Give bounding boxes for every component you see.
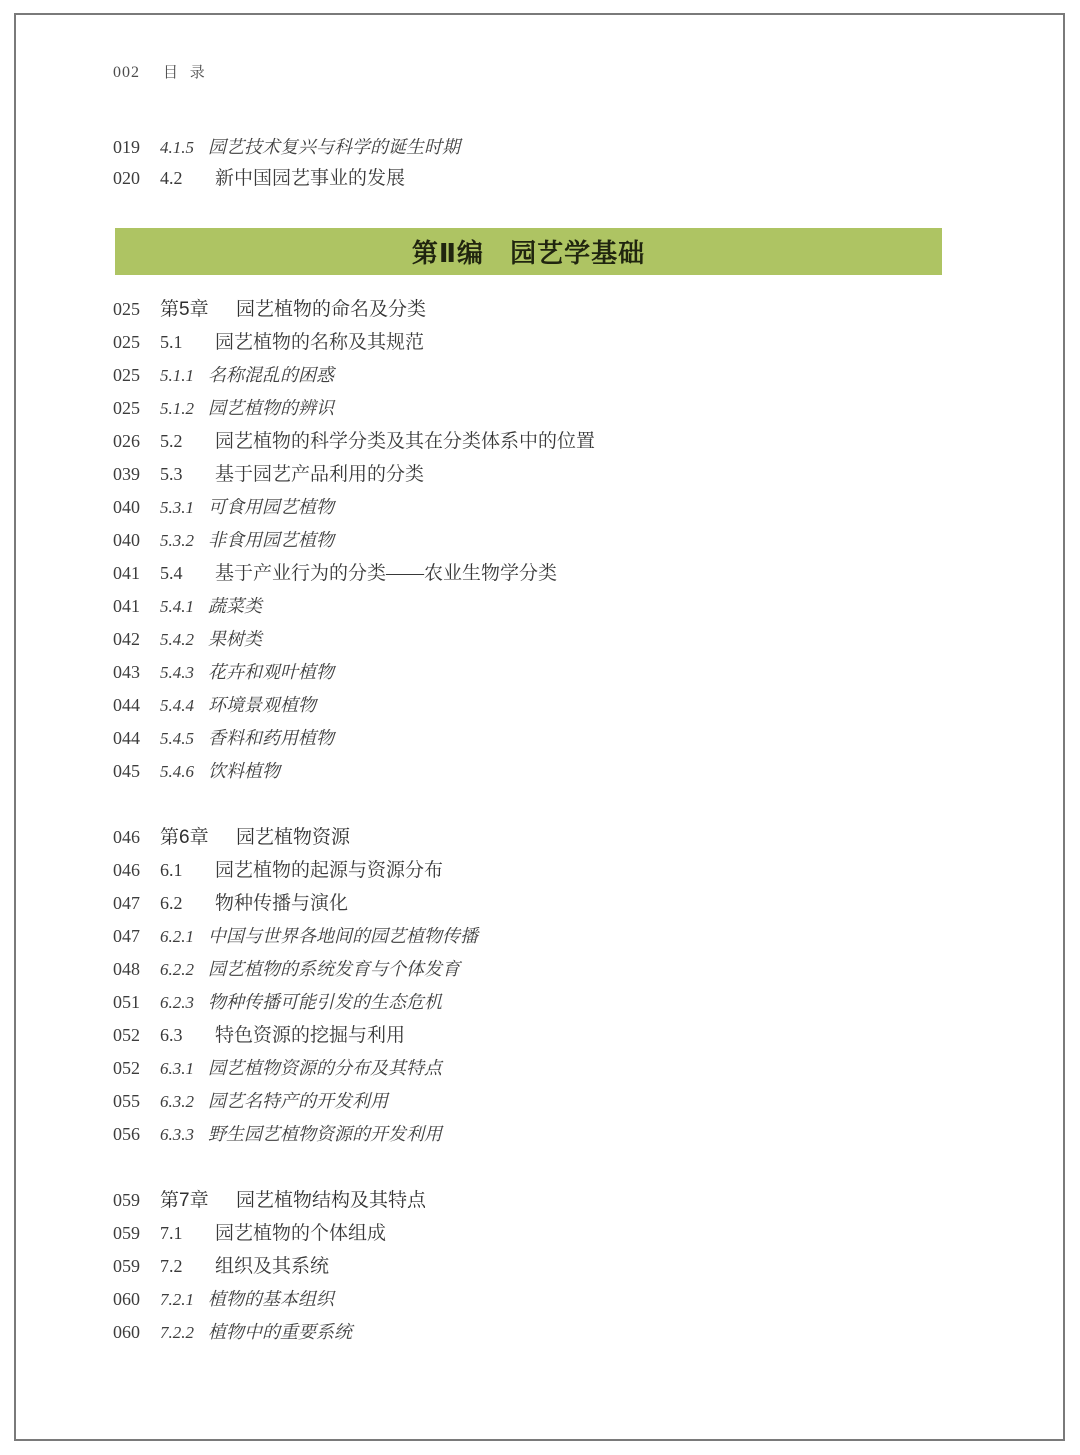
toc-entry-title: 饮料植物 (208, 761, 280, 781)
toc-entry-number: 第5章 (160, 293, 236, 326)
toc-entry-number: 5.4.2 (160, 623, 208, 656)
toc-entry-number: 6.1 (160, 854, 215, 887)
toc-entry-number: 6.3 (160, 1019, 215, 1052)
toc-entry: 0405.3.2非食用园艺植物 (113, 524, 595, 557)
toc-entry-number: 6.2.2 (160, 953, 208, 986)
toc-page-number: 019 (113, 132, 160, 163)
toc-page-number: 051 (113, 986, 160, 1019)
toc-entry-title: 组织及其系统 (215, 1256, 329, 1277)
toc-entry: 0566.3.3野生园艺植物资源的开发利用 (113, 1118, 595, 1151)
toc-entry-number: 5.4.1 (160, 590, 208, 623)
toc-entry-title: 园艺植物资源的分布及其特点 (208, 1058, 442, 1078)
toc-page-number: 052 (113, 1019, 160, 1052)
toc-entry-title: 基于产业行为的分类——农业生物学分类 (215, 563, 557, 584)
toc-list-main: 025第5章园艺植物的命名及分类 0255.1园艺植物的名称及其规范 0255.… (113, 293, 595, 1349)
toc-entry: 0607.2.2植物中的重要系统 (113, 1316, 595, 1349)
toc-entry-number: 5.1.1 (160, 359, 208, 392)
toc-page-number: 055 (113, 1085, 160, 1118)
document-page: { "page": { "background": "#ffffff", "bo… (0, 0, 1080, 1455)
toc-entry-title: 特色资源的挖掘与利用 (215, 1025, 405, 1046)
toc-entry-number: 6.3.1 (160, 1052, 208, 1085)
toc-entry: 0255.1.2园艺植物的辨识 (113, 392, 595, 425)
toc-page-number: 052 (113, 1052, 160, 1085)
toc-entry-number: 第7章 (160, 1184, 236, 1217)
toc-entry-title: 中国与世界各地间的园艺植物传播 (208, 926, 478, 946)
toc-entry-title: 花卉和观叶植物 (208, 662, 334, 682)
toc-entry: 0415.4基于产业行为的分类——农业生物学分类 (113, 557, 595, 590)
toc-page-number: 041 (113, 590, 160, 623)
toc-page-number: 025 (113, 293, 160, 326)
toc-entry-title: 园艺植物的起源与资源分布 (215, 860, 443, 881)
toc-entry-number: 7.2 (160, 1250, 215, 1283)
toc-entry-number: 5.4 (160, 557, 215, 590)
toc-entry: 0455.4.6饮料植物 (113, 755, 595, 788)
toc-page-number: 025 (113, 326, 160, 359)
toc-entry-title: 环境景观植物 (208, 695, 316, 715)
toc-page-number: 042 (113, 623, 160, 656)
toc-entry-title: 基于园艺产品利用的分类 (215, 464, 424, 485)
part-banner-title: 园艺学基础 (510, 233, 645, 270)
toc-page-number: 039 (113, 458, 160, 491)
toc-page-number: 046 (113, 854, 160, 887)
toc-page-number: 048 (113, 953, 160, 986)
toc-entry-number: 4.1.5 (160, 132, 208, 163)
toc-entry: 0425.4.2果树类 (113, 623, 595, 656)
toc-entry-title: 物种传播可能引发的生态危机 (208, 992, 442, 1012)
toc-page-number: 043 (113, 656, 160, 689)
toc-page-number: 046 (113, 821, 160, 854)
toc-page-number: 040 (113, 491, 160, 524)
toc-entry-title: 园艺植物的科学分类及其在分类体系中的位置 (215, 431, 595, 452)
toc-entry: 0194.1.5园艺技术复兴与科学的诞生时期 (113, 132, 460, 163)
toc-entry: 0597.1园艺植物的个体组成 (113, 1217, 595, 1250)
toc-entry-title: 可食用园艺植物 (208, 497, 334, 517)
toc-entry-number: 5.4.3 (160, 656, 208, 689)
toc-page-number: 020 (113, 163, 160, 194)
toc-entry: 0435.4.3花卉和观叶植物 (113, 656, 595, 689)
toc-entry-title: 香料和药用植物 (208, 728, 334, 748)
toc-entry: 046第6章园艺植物资源 (113, 821, 595, 854)
toc-page-number: 044 (113, 722, 160, 755)
toc-entry-number: 6.2 (160, 887, 215, 920)
toc-entry-title: 园艺植物的名称及其规范 (215, 332, 424, 353)
toc-entry-number: 5.1 (160, 326, 215, 359)
toc-entry: 025第5章园艺植物的命名及分类 (113, 293, 595, 326)
toc-entry: 0466.1园艺植物的起源与资源分布 (113, 854, 595, 887)
toc-entry-number: 6.3.2 (160, 1085, 208, 1118)
toc-entry-number: 5.3.2 (160, 524, 208, 557)
toc-entry-number: 5.4.6 (160, 755, 208, 788)
toc-entry: 0607.2.1植物的基本组织 (113, 1283, 595, 1316)
toc-entry-title: 园艺植物的命名及分类 (236, 299, 426, 320)
toc-entry: 0395.3基于园艺产品利用的分类 (113, 458, 595, 491)
toc-entry: 0476.2物种传播与演化 (113, 887, 595, 920)
toc-entry-title: 园艺植物资源 (236, 827, 350, 848)
toc-page-number: 045 (113, 755, 160, 788)
toc-entry-title: 非食用园艺植物 (208, 530, 334, 550)
toc-entry-title: 园艺技术复兴与科学的诞生时期 (208, 137, 460, 157)
toc-entry-number: 5.3.1 (160, 491, 208, 524)
toc-entry-number: 5.3 (160, 458, 215, 491)
toc-entry: 0526.3.1园艺植物资源的分布及其特点 (113, 1052, 595, 1085)
toc-entry: 0516.2.3物种传播可能引发的生态危机 (113, 986, 595, 1019)
toc-entry-title: 果树类 (208, 629, 262, 649)
toc-entry: 0486.2.2园艺植物的系统发育与个体发育 (113, 953, 595, 986)
toc-entry-number: 6.2.3 (160, 986, 208, 1019)
toc-entry: 0445.4.4环境景观植物 (113, 689, 595, 722)
toc-entry-title: 名称混乱的困惑 (208, 365, 334, 385)
toc-entry: 0405.3.1可食用园艺植物 (113, 491, 595, 524)
toc-entry-title: 物种传播与演化 (215, 893, 348, 914)
toc-page-number: 044 (113, 689, 160, 722)
toc-entry: 0204.2新中国园艺事业的发展 (113, 163, 460, 194)
toc-entry-title: 植物中的重要系统 (208, 1322, 352, 1342)
toc-entry: 0265.2园艺植物的科学分类及其在分类体系中的位置 (113, 425, 595, 458)
toc-entry: 0476.2.1中国与世界各地间的园艺植物传播 (113, 920, 595, 953)
toc-page-number: 047 (113, 920, 160, 953)
toc-entry: 0526.3特色资源的挖掘与利用 (113, 1019, 595, 1052)
toc-page-number: 056 (113, 1118, 160, 1151)
toc-page-number: 060 (113, 1283, 160, 1316)
toc-entry: 0255.1.1名称混乱的困惑 (113, 359, 595, 392)
toc-page-number: 026 (113, 425, 160, 458)
toc-entry: 0445.4.5香料和药用植物 (113, 722, 595, 755)
toc-page-number: 025 (113, 392, 160, 425)
toc-entry-title: 野生园艺植物资源的开发利用 (208, 1124, 442, 1144)
toc-entry-title: 新中国园艺事业的发展 (215, 168, 405, 189)
toc-entry-number: 5.4.4 (160, 689, 208, 722)
toc-page-number: 059 (113, 1217, 160, 1250)
page-header: 002目 录 (113, 61, 209, 82)
part-banner-label: 第Ⅱ编 (412, 233, 484, 270)
toc-page-number: 047 (113, 887, 160, 920)
header-title: 目 录 (163, 65, 209, 81)
toc-entry-number: 6.2.1 (160, 920, 208, 953)
toc-entry-number: 5.4.5 (160, 722, 208, 755)
toc-entry-number: 7.2.1 (160, 1283, 208, 1316)
toc-entry: 0556.3.2园艺名特产的开发利用 (113, 1085, 595, 1118)
toc-page-number: 059 (113, 1250, 160, 1283)
toc-list-top: 0194.1.5园艺技术复兴与科学的诞生时期 0204.2新中国园艺事业的发展 (113, 132, 460, 194)
toc-entry-number: 5.1.2 (160, 392, 208, 425)
toc-entry: 0255.1园艺植物的名称及其规范 (113, 326, 595, 359)
toc-entry-number: 6.3.3 (160, 1118, 208, 1151)
toc-entry-number: 第6章 (160, 821, 236, 854)
toc-entry: 059第7章园艺植物结构及其特点 (113, 1184, 595, 1217)
toc-entry-number: 7.1 (160, 1217, 215, 1250)
toc-entry-title: 园艺植物结构及其特点 (236, 1190, 426, 1211)
part-banner: 第Ⅱ编园艺学基础 (115, 228, 942, 275)
toc-entry-title: 园艺植物的辨识 (208, 398, 334, 418)
toc-entry-number: 7.2.2 (160, 1316, 208, 1349)
toc-entry-title: 蔬菜类 (208, 596, 262, 616)
header-page-number: 002 (113, 64, 140, 82)
toc-page-number: 040 (113, 524, 160, 557)
toc-entry-title: 园艺名特产的开发利用 (208, 1091, 388, 1111)
toc-entry-title: 园艺植物的个体组成 (215, 1223, 386, 1244)
toc-page-number: 059 (113, 1184, 160, 1217)
toc-page-number: 041 (113, 557, 160, 590)
toc-entry-number: 4.2 (160, 163, 215, 194)
toc-page-number: 060 (113, 1316, 160, 1349)
toc-entry-title: 植物的基本组织 (208, 1289, 334, 1309)
toc-entry-title: 园艺植物的系统发育与个体发育 (208, 959, 460, 979)
toc-entry-number: 5.2 (160, 425, 215, 458)
toc-page-number: 025 (113, 359, 160, 392)
toc-entry: 0415.4.1蔬菜类 (113, 590, 595, 623)
toc-entry: 0597.2组织及其系统 (113, 1250, 595, 1283)
